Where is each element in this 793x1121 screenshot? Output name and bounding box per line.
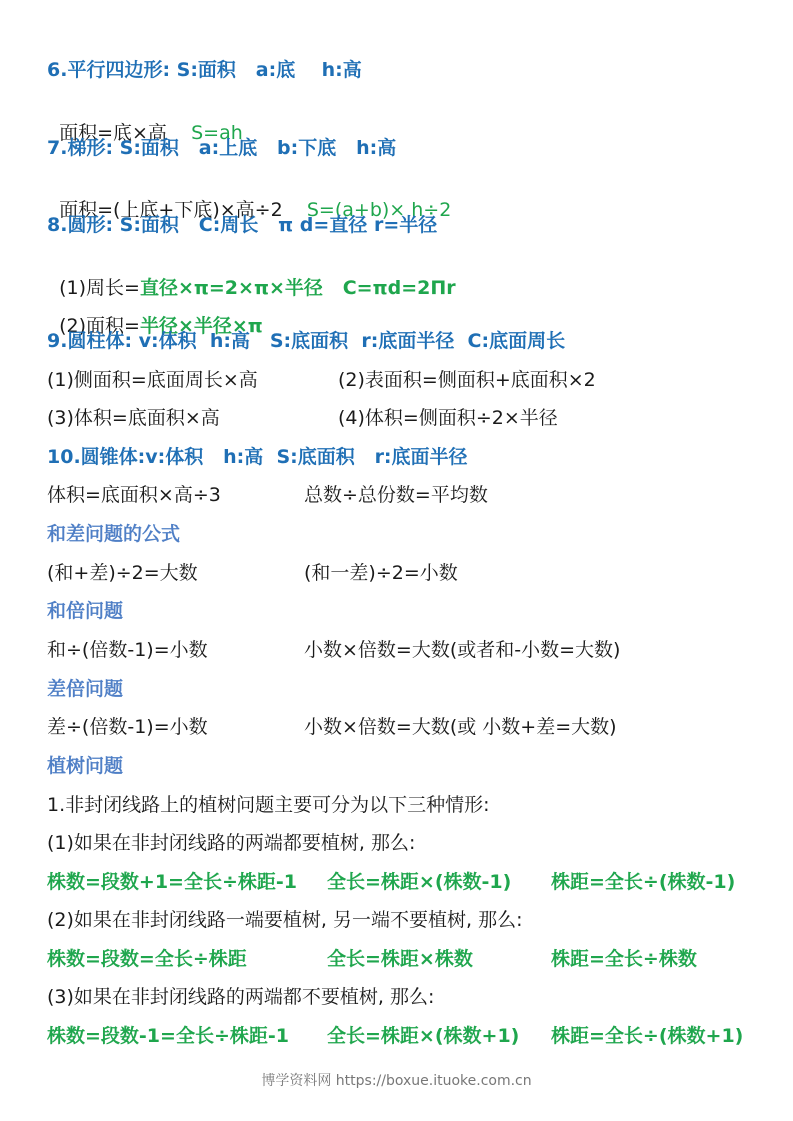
tree-planting-intro: 1.非封闭线路上的植树问题主要可分为以下三种情形:: [47, 793, 490, 817]
cylinder-formula-2: (2)表面积=侧面积+底面积×2: [338, 368, 596, 392]
tree-case-3: (3)如果在非封闭线路的两端都不要植树, 那么:: [47, 985, 434, 1009]
sum-diff-heading: 和差问题的公式: [47, 522, 180, 546]
sum-multiple-formula-2: 小数×倍数=大数(或者和-小数=大数): [304, 638, 620, 662]
cylinder-heading: 9.圆柱体: v:体积 h:高 S:底面积 r:底面半径 C:底面周长: [47, 329, 565, 353]
cylinder-formula-1: (1)侧面积=底面周长×高: [47, 368, 258, 392]
parallelogram-heading: 6.平行四边形: S:面积 a:底 h:高: [47, 58, 362, 82]
tree-case-2-formula-1: 株数=段数=全长÷株距: [47, 947, 247, 971]
cone-heading: 10.圆锥体:v:体积 h:高 S:底面积 r:底面半径: [47, 445, 468, 469]
diff-multiple-formula-1: 差÷(倍数-1)=小数: [47, 715, 208, 739]
tree-case-3-formula-1: 株数=段数-1=全长÷株距-1: [47, 1024, 289, 1048]
sum-multiple-heading: 和倍问题: [47, 599, 123, 623]
cylinder-formula-4: (4)体积=侧面积÷2×半径: [338, 406, 558, 430]
sum-diff-formula-1: (和+差)÷2=大数: [47, 561, 198, 585]
tree-planting-heading: 植树问题: [47, 754, 123, 778]
cylinder-formula-3: (3)体积=底面积×高: [47, 406, 220, 430]
tree-case-1: (1)如果在非封闭线路的两端都要植树, 那么:: [47, 831, 415, 855]
tree-case-2-formula-3: 株距=全长÷株数: [551, 947, 697, 971]
tree-case-3-formula-2: 全长=株距×(株数+1): [327, 1024, 519, 1048]
trapezoid-heading: 7.梯形: S:面积 a:上底 b:下底 h:高: [47, 136, 396, 160]
circle-heading: 8.圆形: S:面积 C:周长 π d=直径 r=半径: [47, 213, 437, 237]
diff-multiple-heading: 差倍问题: [47, 677, 123, 701]
sum-multiple-formula-1: 和÷(倍数-1)=小数: [47, 638, 208, 662]
tree-case-3-formula-3: 株距=全长÷(株数+1): [551, 1024, 743, 1048]
footer-watermark: 博学资料网 https://boxue.ituoke.com.cn: [0, 1070, 793, 1090]
tree-case-2-formula-2: 全长=株距×株数: [327, 947, 473, 971]
tree-case-1-formula-2: 全长=株距×(株数-1): [327, 870, 511, 894]
tree-case-2: (2)如果在非封闭线路一端要植树, 另一端不要植树, 那么:: [47, 908, 522, 932]
tree-case-1-formula-1: 株数=段数+1=全长÷株距-1: [47, 870, 297, 894]
sum-diff-formula-2: (和一差)÷2=小数: [304, 561, 458, 585]
diff-multiple-formula-2: 小数×倍数=大数(或 小数+差=大数): [304, 715, 617, 739]
average-formula: 总数÷总份数=平均数: [304, 483, 488, 507]
cone-formula-1: 体积=底面积×高÷3: [47, 483, 221, 507]
tree-case-1-formula-3: 株距=全长÷(株数-1): [551, 870, 735, 894]
